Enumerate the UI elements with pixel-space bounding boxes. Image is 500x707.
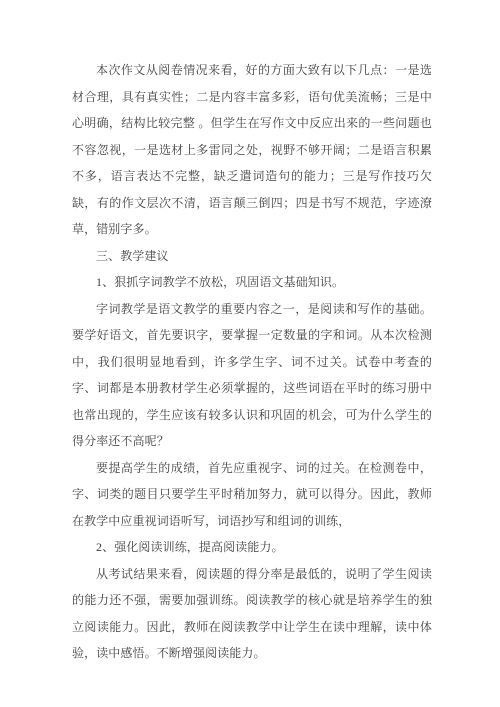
- heading-teaching-suggestions: 三、教学建议: [72, 243, 432, 270]
- document-body: 本次作文从阅卷情况来看，好的方面大致有以下几点：一是选材合理，具有真实性；二是内…: [72, 57, 432, 667]
- document-page: 本次作文从阅卷情况来看，好的方面大致有以下几点：一是选材合理，具有真实性；二是内…: [0, 0, 500, 707]
- item-1-word-teaching-heading: 1、狠抓字词教学不放松，巩固语文基础知识。: [72, 269, 432, 296]
- paragraph-reading-training: 从考试结果来看，阅读题的得分率是最低的，说明了学生阅读的能力还不强，需要加强训练…: [72, 561, 432, 667]
- item-2-reading-training-heading: 2、强化阅读训练，提高阅读能力。: [72, 534, 432, 561]
- paragraph-improve-scores: 要提高学生的成绩，首先应重视字、词的过关。在检测卷中，字、词类的题目只要学生平时…: [72, 455, 432, 535]
- paragraph-writing-review: 本次作文从阅卷情况来看，好的方面大致有以下几点：一是选材合理，具有真实性；二是内…: [72, 57, 432, 243]
- paragraph-word-teaching: 字词教学是语文教学的重要内容之一，是阅读和写作的基础。要学好语文，首先要识字，要…: [72, 296, 432, 455]
